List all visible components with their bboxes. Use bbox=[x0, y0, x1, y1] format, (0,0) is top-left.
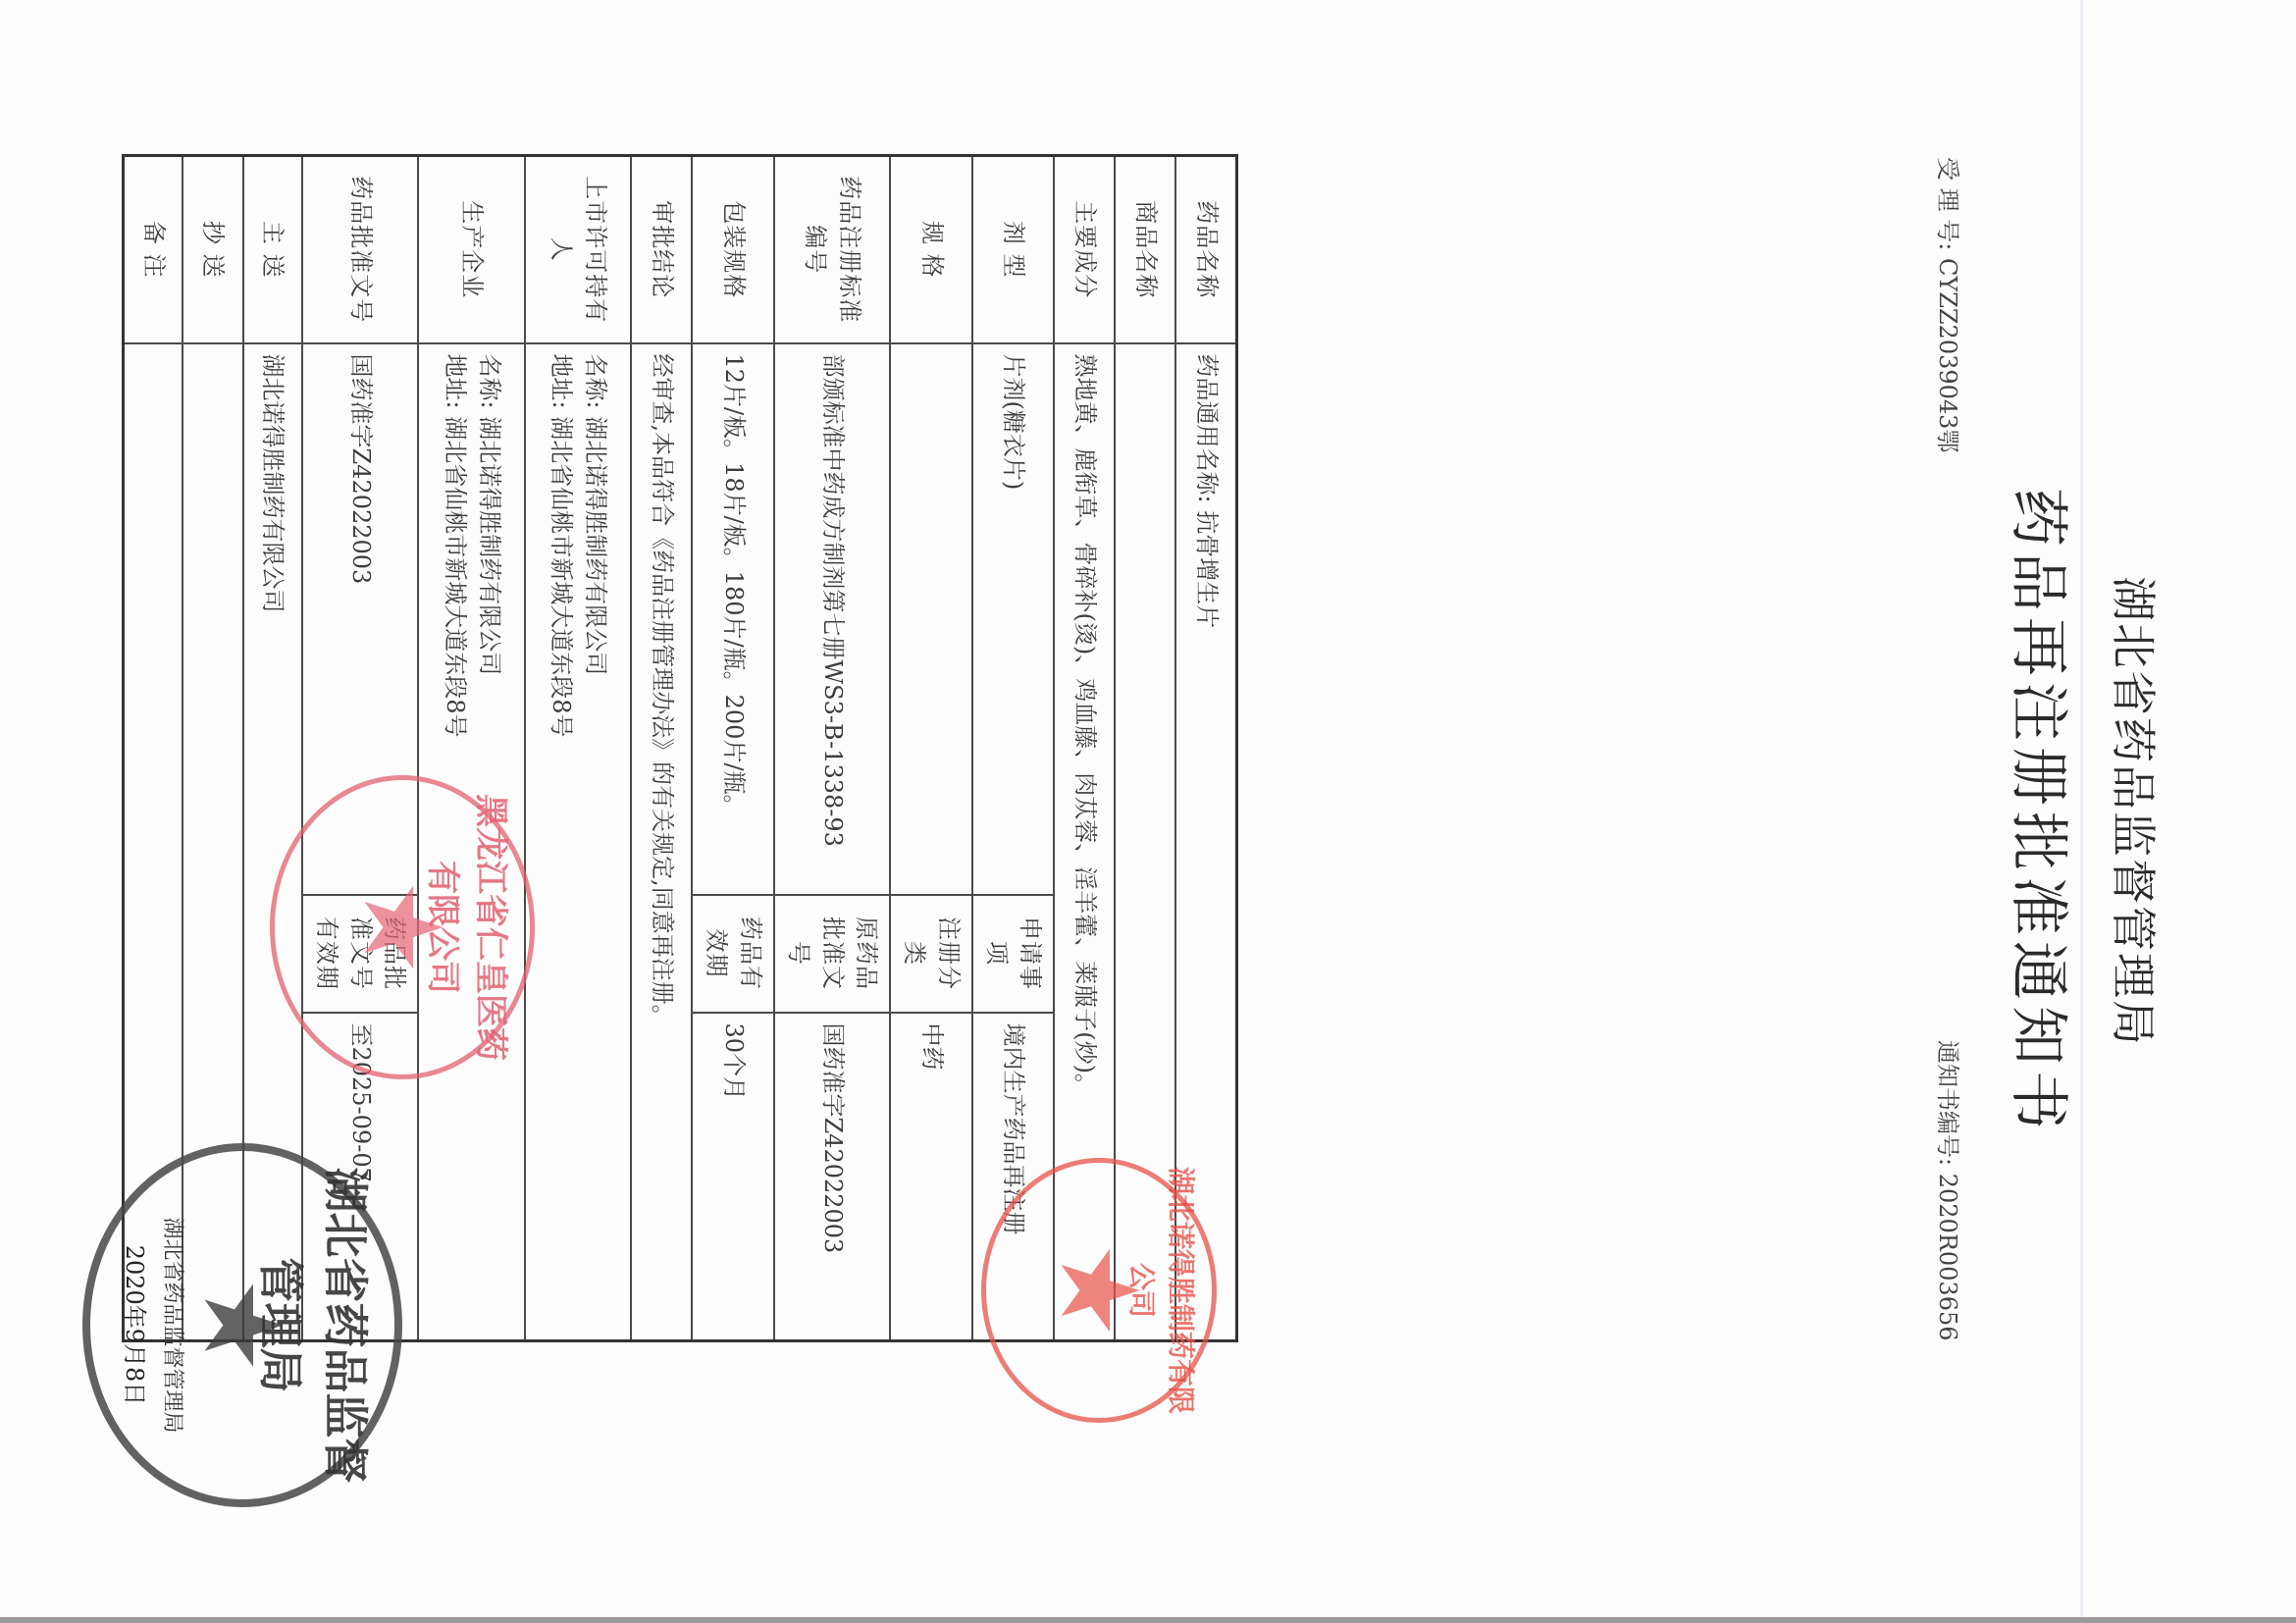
authority-seal-text: 湖北省药品监督管理局 bbox=[251, 1151, 381, 1499]
table-row: 药品注册标准编号 部颁标准中药成方制剂第七册WS3-B-1338-93 原药品批… bbox=[774, 156, 890, 1341]
scanned-page: 湖北省药品监督管理局 药品再注册批准通知书 受 理 号: CYZZ2039043… bbox=[0, 0, 2296, 1623]
notice-number-label: 通知书编号: bbox=[1934, 1040, 1961, 1166]
standard-value: 部颁标准中药成方制剂第七册WS3-B-1338-93 bbox=[774, 343, 890, 895]
issue-date: 2020年9月8日 bbox=[120, 1151, 154, 1499]
acceptance-number: 受 理 号: CYZZ2039043鄂 bbox=[1933, 157, 1967, 452]
validity-value: 30个月 bbox=[692, 1013, 774, 1341]
authority-seal-sub: 湖北省药品监督管理局 bbox=[159, 1151, 189, 1499]
hlj-company-seal: 黑龙江省仁皇医药有限公司 ★ bbox=[270, 775, 535, 1079]
table-row: 生产企业 名称: 湖北诺得胜制药有限公司 地址: 湖北省仙桃市新城大道东段8号 bbox=[418, 156, 525, 1341]
packaging-value: 12片/板。18片/板。180片/瓶。200片/瓶。 bbox=[692, 343, 774, 895]
notice-number-value: 2020R003656 bbox=[1934, 1174, 1961, 1341]
main-recipient-label: 主 送 bbox=[243, 156, 302, 343]
company-seal-text: 湖北诺得胜制药有限公司 bbox=[1123, 1163, 1202, 1418]
acceptance-number-value: CYZZ2039043鄂 bbox=[1934, 258, 1961, 452]
cc-label: 抄 送 bbox=[183, 156, 243, 343]
mah-label: 上市许可持有人 bbox=[525, 156, 631, 343]
notice-number: 通知书编号: 2020R003656 bbox=[1933, 1040, 1967, 1341]
table-row: 包装规格 12片/板。18片/板。180片/瓶。200片/瓶。 药品有效期 30… bbox=[692, 156, 774, 1341]
remarks-label: 备 注 bbox=[124, 156, 183, 343]
rotated-document: 湖北省药品监督管理局 药品再注册批准通知书 受 理 号: CYZZ2039043… bbox=[0, 0, 2296, 1623]
ingredients-label: 主要成分 bbox=[1055, 156, 1116, 343]
conclusion-label: 审批结论 bbox=[631, 156, 692, 343]
validity-label: 药品有效期 bbox=[692, 895, 774, 1013]
original-approval-label: 原药品批准文号 bbox=[774, 895, 890, 1013]
original-approval-value: 国药准字Z42022003 bbox=[774, 1013, 890, 1341]
dosage-form-value: 片剂(糖衣片) bbox=[972, 343, 1055, 895]
approval-no-label: 药品批准文号 bbox=[302, 156, 418, 343]
table-row: 上市许可持有人 名称: 湖北诺得胜制药有限公司 地址: 湖北省仙桃市新城大道东段… bbox=[525, 156, 631, 1341]
drug-name-label: 药品名称 bbox=[1176, 156, 1237, 343]
conclusion-value: 经审查,本品符合《药品注册管理办法》的有关规定,同意再注册。 bbox=[631, 343, 692, 1341]
issuer-heading: 湖北省药品监督管理局 bbox=[2104, 0, 2168, 1623]
table-row: 剂 型 片剂(糖衣片) 申请事项 境内生产药品再注册 bbox=[972, 156, 1055, 1341]
packaging-label: 包装规格 bbox=[692, 156, 774, 343]
table-row: 规 格 注册分类 中药 bbox=[890, 156, 972, 1341]
spec-value bbox=[890, 343, 972, 895]
authority-seal: 湖北省药品监督管理局 ★ 湖北省药品监督管理局 2020年9月8日 bbox=[82, 1143, 402, 1507]
company-seal: 湖北诺得胜制药有限公司 ★ bbox=[981, 1158, 1217, 1423]
manufacturer-label: 生产企业 bbox=[418, 156, 525, 343]
application-item-label: 申请事项 bbox=[972, 895, 1055, 1013]
dosage-form-label: 剂 型 bbox=[972, 156, 1055, 343]
table-row: 审批结论 经审查,本品符合《药品注册管理办法》的有关规定,同意再注册。 bbox=[631, 156, 692, 1341]
mah-name: 名称: 湖北诺得胜制药有限公司 bbox=[578, 354, 612, 1331]
spec-label: 规 格 bbox=[890, 156, 972, 343]
document-title: 药品再注册批准通知书 bbox=[2001, 0, 2085, 1623]
registration-category-label: 注册分类 bbox=[890, 895, 972, 1013]
standard-label: 药品注册标准编号 bbox=[774, 156, 890, 343]
mah-address: 地址: 湖北省仙桃市新城大道东段8号 bbox=[545, 354, 579, 1331]
hlj-seal-text: 黑龙江省仁皇医药有限公司 bbox=[422, 780, 518, 1074]
acceptance-number-label: 受 理 号: bbox=[1934, 157, 1961, 250]
trade-name-label: 商品名称 bbox=[1116, 156, 1176, 343]
registration-category-value: 中药 bbox=[890, 1013, 972, 1341]
mah-value: 名称: 湖北诺得胜制药有限公司 地址: 湖北省仙桃市新城大道东段8号 bbox=[525, 343, 631, 1341]
